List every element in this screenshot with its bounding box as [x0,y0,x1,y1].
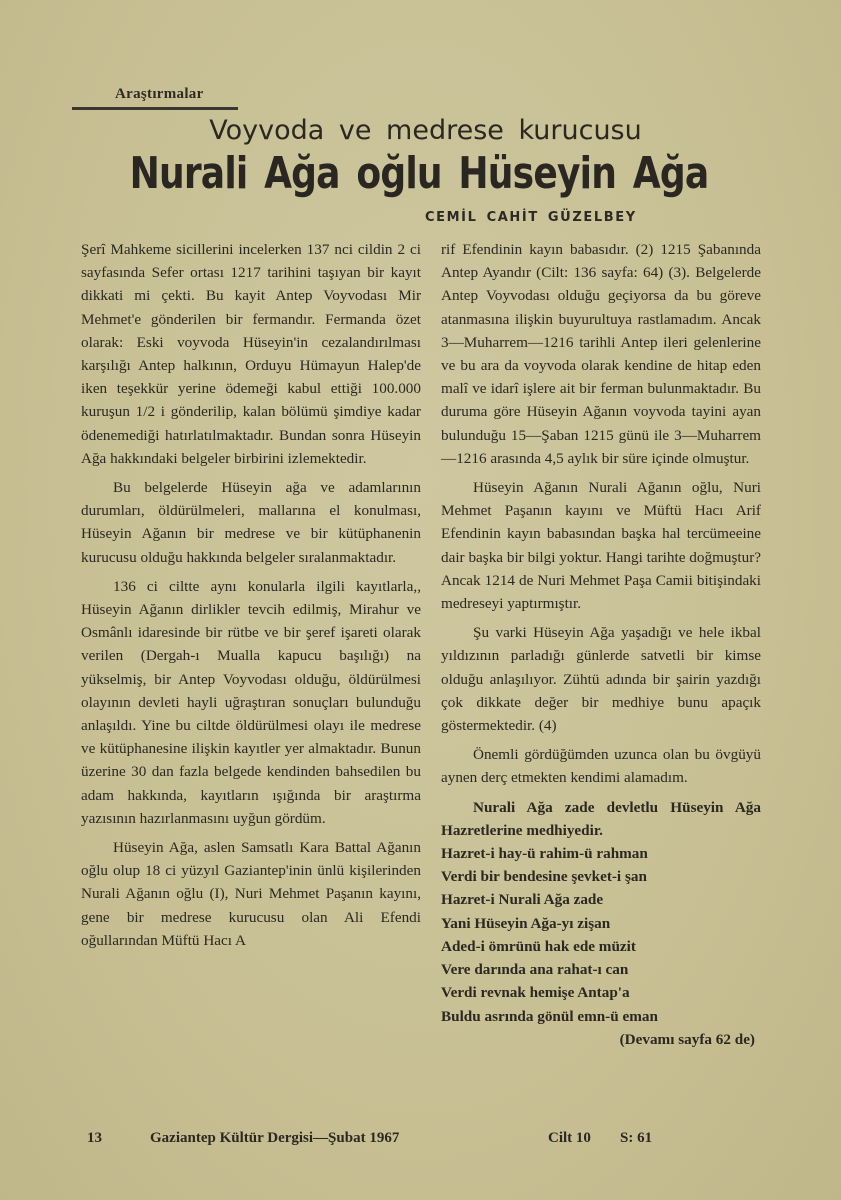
article-title: Nurali Ağa oğlu Hüseyin Ağa [74,148,764,199]
paragraph: Bu belgelerde Hüseyin ağa ve adamlarının… [81,476,421,569]
continued-note: (Devamı sayfa 62 de) [441,1028,755,1051]
volume-number: Cilt 10 [548,1130,591,1147]
issue-number: S: 61 [620,1130,652,1147]
paragraph: 136 ci ciltte aynı konularla ilgili kayı… [81,575,421,830]
poem-line: Verdi revnak hemişe Antap'a [441,981,761,1004]
poem-line: Verdi bir bendesine şevket-i şan [441,865,761,888]
paragraph: Hüseyin Ağanın Nurali Ağanın oğlu, Nuri … [441,476,761,615]
right-column: rif Efendinin kayın babasıdır. (2) 1215 … [441,238,761,1057]
poem-line: Hazret-i hay-ü rahim-ü rahman [441,842,761,865]
poem: Hazret-i hay-ü rahim-ü rahman Verdi bir … [441,842,761,1028]
journal-name: Gaziantep Kültür Dergisi—Şubat 1967 [150,1130,399,1147]
poem-line: Vere darında ana rahat-ı can [441,958,761,981]
paragraph: Önemli gördüğümden uzunca olan bu övgüyü… [441,743,761,789]
paragraph: Hüseyin Ağa, aslen Samsatlı Kara Battal … [81,836,421,952]
article-subtitle: Voyvoda ve medrese kurucusu [0,115,841,146]
poem-line: Buldu asrında gönül emn-ü eman [441,1005,761,1028]
page-number: 13 [87,1130,102,1147]
section-label: Araştırmalar [115,86,204,103]
poem-line: Hazret-i Nurali Ağa zade [441,888,761,911]
poem-line: Aded-i ömrünü hak ede müzit [441,935,761,958]
paragraph: Şerî Mahkeme sicillerini incelerken 137 … [81,238,421,470]
paragraph: rif Efendinin kayın babasıdır. (2) 1215 … [441,238,761,470]
section-rule [72,107,238,110]
paragraph: Şu varki Hüseyin Ağa yaşadığı ve hele ik… [441,621,761,737]
paragraph: Nurali Ağa zade devletlu Hüseyin Ağa Haz… [441,796,761,842]
poem-line: Yani Hüseyin Ağa-yı zişan [441,912,761,935]
author-name: CEMİL CAHİT GÜZELBEY [425,210,637,225]
left-column: Şerî Mahkeme sicillerini incelerken 137 … [81,238,421,958]
